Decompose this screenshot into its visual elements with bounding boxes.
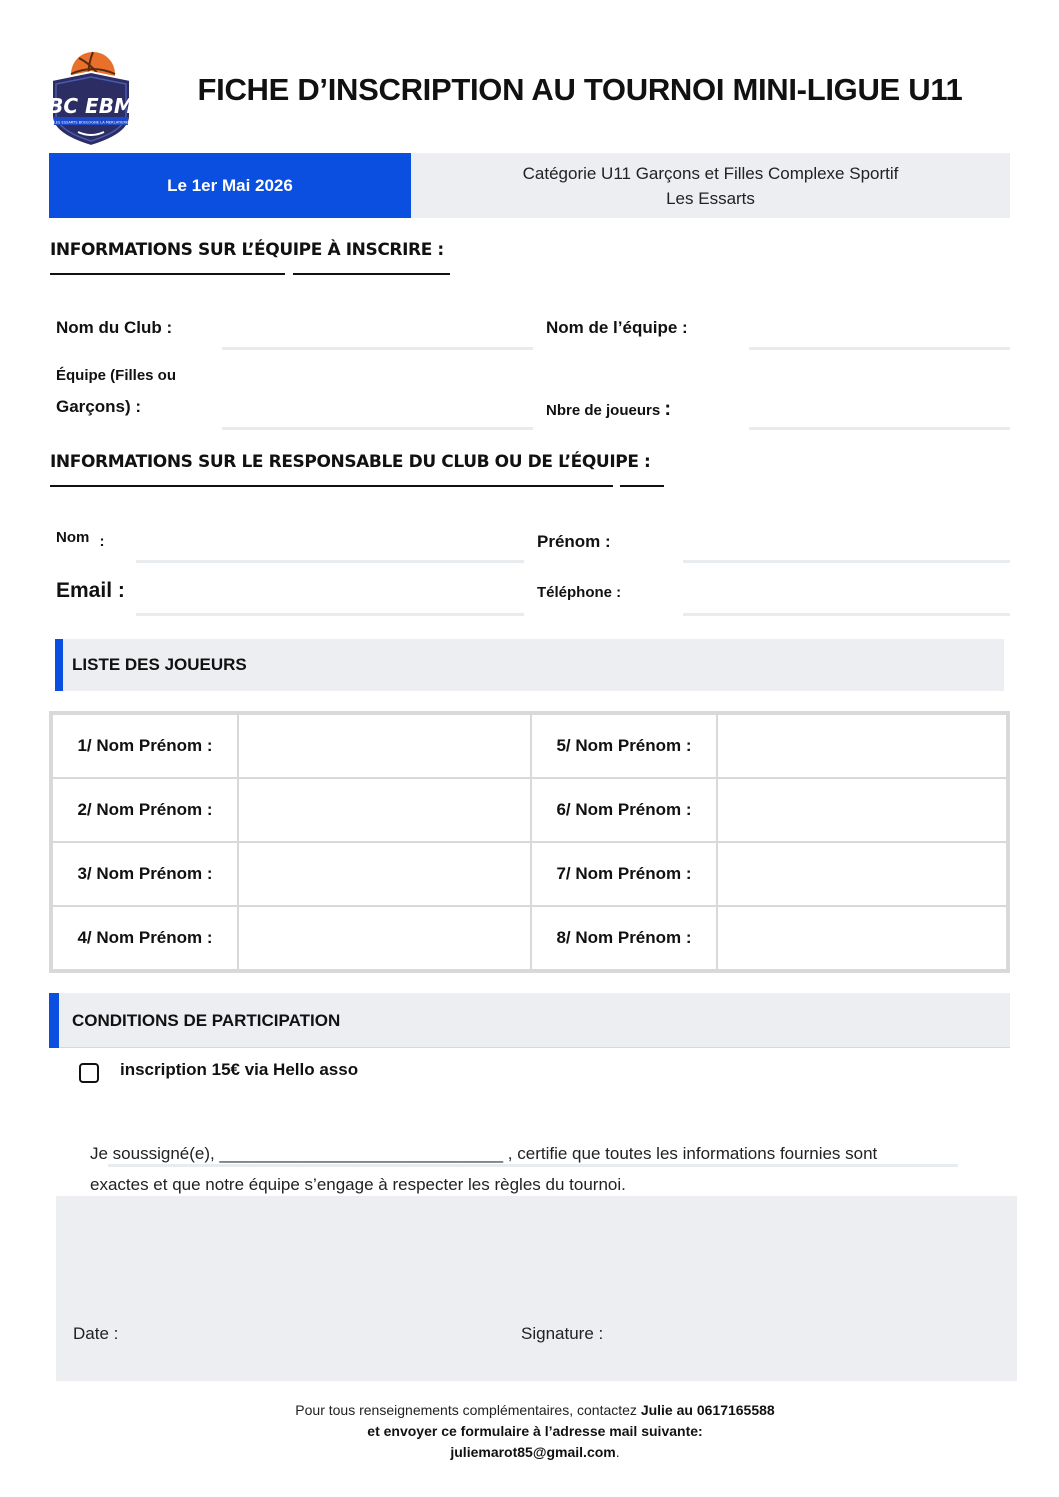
registration-fee-label: inscription 15€ via Hello asso: [120, 1060, 358, 1080]
player-3-label: 3/ Nom Prénom :: [52, 842, 238, 906]
first-name-field[interactable]: [683, 560, 1010, 563]
signature-panel[interactable]: [56, 1196, 1017, 1381]
footer-email-suffix: .: [616, 1444, 620, 1460]
phone-field[interactable]: [683, 613, 1010, 616]
footer-line-2: et envoyer ce formulaire à l’adresse mai…: [200, 1421, 870, 1442]
footer-email-link[interactable]: juliemarot85@gmail.com: [450, 1444, 615, 1460]
date-label: Date :: [73, 1324, 118, 1344]
players-count-field[interactable]: [749, 427, 1010, 430]
svg-text:BC EBM: BC EBM: [48, 94, 134, 118]
conditions-section-title: CONDITIONS DE PARTICIPATION: [72, 1011, 340, 1031]
player-6-label: 6/ Nom Prénom :: [531, 778, 717, 842]
team-name-field[interactable]: [749, 347, 1010, 350]
player-8-field[interactable]: [717, 906, 1007, 970]
player-2-field[interactable]: [238, 778, 531, 842]
team-type-label-line2: Garçons) :: [56, 397, 141, 417]
registration-fee-checkbox[interactable]: [79, 1063, 99, 1083]
players-count-label: Nbre de joueurs :: [546, 398, 671, 421]
players-table: 1/ Nom Prénom : 5/ Nom Prénom : 2/ Nom P…: [49, 711, 1010, 973]
players-count-label-text: Nbre de joueurs: [546, 402, 660, 419]
team-name-label: Nom de l’équipe :: [546, 318, 688, 338]
last-name-label-text: Nom: [56, 529, 89, 546]
basketball-shield-icon: BC EBM LES ESSARTS BOULOGNE LA MERLATIER…: [46, 46, 136, 150]
heading-underline: [50, 273, 285, 275]
page-title: FICHE D’INSCRIPTION AU TOURNOI MINI-LIGU…: [150, 72, 1010, 108]
heading-underline: [50, 485, 613, 487]
player-8-label: 8/ Nom Prénom :: [531, 906, 717, 970]
footer-contact-phone: Julie au 0617165588: [641, 1402, 775, 1418]
manager-section-heading: INFORMATIONS SUR LE RESPONSABLE DU CLUB …: [50, 452, 650, 472]
player-5-label: 5/ Nom Prénom :: [531, 714, 717, 778]
club-name-field[interactable]: [222, 347, 533, 350]
footer-prefix: Pour tous renseignements complémentaires…: [295, 1402, 641, 1418]
player-4-label: 4/ Nom Prénom :: [52, 906, 238, 970]
event-category-banner: Catégorie U11 Garçons et Filles Complexe…: [411, 153, 1010, 218]
player-5-field[interactable]: [717, 714, 1007, 778]
club-name-label: Nom du Club :: [56, 318, 172, 338]
team-type-label-line1: Équipe (Filles ou: [56, 367, 176, 384]
players-count-colon: :: [664, 398, 671, 420]
footer-line-3: juliemarot85@gmail.com.: [200, 1442, 870, 1463]
team-type-field[interactable]: [222, 427, 533, 430]
player-4-field[interactable]: [238, 906, 531, 970]
player-1-label: 1/ Nom Prénom :: [52, 714, 238, 778]
category-line-2: Les Essarts: [666, 186, 755, 211]
footer-contact: Pour tous renseignements complémentaires…: [200, 1400, 870, 1463]
category-line-1: Catégorie U11 Garçons et Filles Complexe…: [523, 161, 899, 186]
event-date: Le 1er Mai 2026: [167, 176, 293, 196]
player-7-label: 7/ Nom Prénom :: [531, 842, 717, 906]
certification-text: Je soussigné(e), _______________________…: [90, 1138, 990, 1200]
signature-label: Signature :: [521, 1324, 603, 1344]
footer-line-1: Pour tous renseignements complémentaires…: [200, 1400, 870, 1421]
svg-text:LES ESSARTS BOULOGNE LA MERLAT: LES ESSARTS BOULOGNE LA MERLATIERE: [54, 121, 129, 125]
players-section-title: LISTE DES JOUEURS: [72, 655, 247, 675]
player-3-field[interactable]: [238, 842, 531, 906]
email-field[interactable]: [136, 613, 524, 616]
player-1-field[interactable]: [238, 714, 531, 778]
section-accent: [49, 993, 59, 1048]
first-name-label: Prénom :: [537, 532, 611, 552]
heading-underline: [620, 485, 664, 487]
club-logo: BC EBM LES ESSARTS BOULOGNE LA MERLATIER…: [46, 46, 136, 150]
last-name-label: Nom :: [56, 529, 105, 546]
footer-instruction: et envoyer ce formulaire à l’adresse mai…: [367, 1423, 702, 1439]
player-6-field[interactable]: [717, 778, 1007, 842]
last-name-field[interactable]: [136, 560, 524, 563]
team-section-heading: INFORMATIONS SUR L’ÉQUIPE À INSCRIRE :: [50, 240, 444, 260]
player-7-field[interactable]: [717, 842, 1007, 906]
heading-underline: [293, 273, 450, 275]
email-label: Email :: [56, 579, 125, 603]
player-2-label: 2/ Nom Prénom :: [52, 778, 238, 842]
event-date-banner: Le 1er Mai 2026: [49, 153, 411, 218]
phone-label: Téléphone :: [537, 584, 621, 601]
section-accent: [55, 639, 63, 691]
last-name-colon: :: [100, 533, 105, 550]
certification-line-1: Je soussigné(e), _______________________…: [90, 1138, 990, 1169]
